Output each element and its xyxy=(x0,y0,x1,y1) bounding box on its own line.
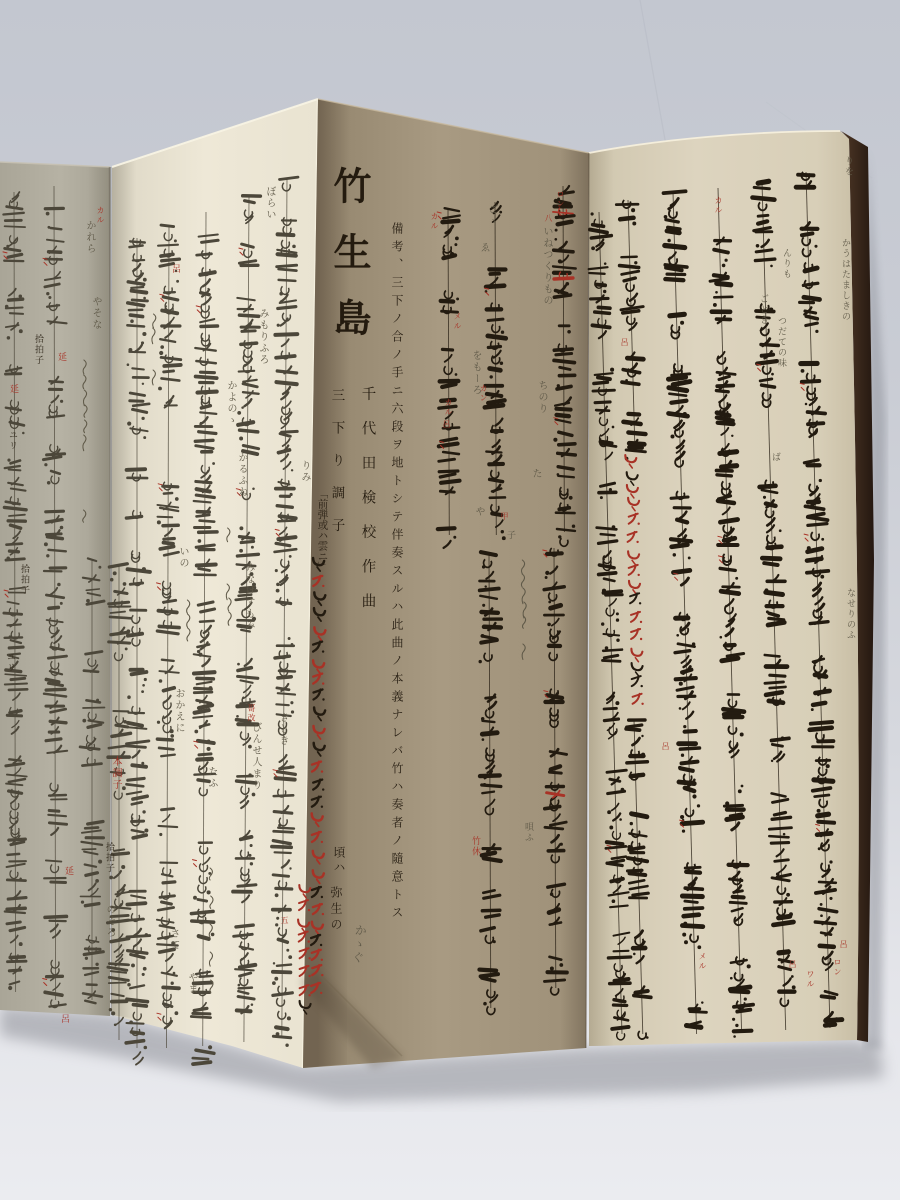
annotation-mark-2: 拾拍子 xyxy=(104,842,113,874)
annotation-red-mark-7: 延 xyxy=(63,866,72,877)
annotation-red-mark-14: ロン xyxy=(556,190,564,209)
annotation-lyric-35: ぼらい xyxy=(264,186,274,221)
annotation-lyric-37: りみ xyxy=(299,460,309,483)
annotation-lyric-56: りを xyxy=(843,156,852,177)
annotation-lyric-44: たふ xyxy=(206,766,216,789)
annotation-red-mark-11: 五 xyxy=(280,916,288,926)
tuning-indication: 三下り調子 xyxy=(329,388,343,551)
annotation-lyric-33: かれら xyxy=(84,220,94,255)
annotation-red-mark-28: ワル xyxy=(806,970,814,989)
annotation-mark-1: 拾拍子 xyxy=(19,564,28,596)
annotation-lyric-54: や xyxy=(473,506,483,518)
annotation-lyric-22: 子 xyxy=(505,530,514,541)
annotation-red-mark-8: カル xyxy=(96,206,104,225)
annotation-red-mark-16: カル xyxy=(430,212,438,231)
annotation-lyric-40: いの xyxy=(177,546,187,569)
annotation-lyric-38: かよのゝ xyxy=(225,380,235,426)
annotation-lyric-51: ゑ xyxy=(478,242,488,254)
annotation-lyric-61: ごとき xyxy=(758,294,767,326)
lyric-opening-word: 弥生の xyxy=(330,886,342,934)
annotation-red-mark-13: 哥改 xyxy=(247,704,255,723)
annotation-red-mark-19: カン xyxy=(479,384,487,403)
annotation-red-mark-26: カル xyxy=(714,196,722,215)
annotation-lyric-49: いねつくりもの xyxy=(541,226,551,307)
annotation-lyric-60: つだての味 xyxy=(776,316,785,369)
legible-text-layer: 竹生島 千代田検校作曲 三下り調子 備考、三下ノ合ノ手ニ六段ヲ地トシテ伴奏スルハ… xyxy=(0,0,900,1200)
annotation-red-mark-9: 呂 xyxy=(170,264,179,275)
prelude-section-header: 「前弾或ハ雲ニ」 xyxy=(317,488,328,572)
annotation-lyric-43: おかえに xyxy=(173,688,183,734)
composer-credit: 千代田検校作曲 xyxy=(360,386,375,628)
annotation-red-mark-29: ロン xyxy=(833,958,841,977)
annotation-red-mark-30: 呂 xyxy=(839,940,847,950)
annotation-lyric-39: かるふね xyxy=(236,452,246,498)
annotation-mark-4: ユリ xyxy=(5,652,14,673)
annotation-lyric-46: やま xyxy=(186,972,196,995)
annotation-lyric-52: ごゝ xyxy=(486,204,496,227)
annotation-red-mark-25: 呂 xyxy=(661,742,669,752)
annotation-lyric-24: 唄ふ xyxy=(523,822,532,843)
annotation-lyric-42: みなげすもみ xyxy=(243,562,253,631)
annotation-lyric-36: みもりふろ xyxy=(257,308,267,366)
annotation-red-mark-20: 呂 xyxy=(442,420,450,430)
annotation-red-mark-17: カル xyxy=(444,398,452,417)
annotation-red-mark-15: 八 xyxy=(544,214,552,224)
annotation-lyric-34: やそな xyxy=(90,296,100,331)
remark-note: 備考、三下ノ合ノ手ニ六段ヲ地トシテ伴奏スルハ此曲ノ本義ナレバ竹ハ奏者ノ隨意トス xyxy=(391,222,403,924)
annotation-lyric-45: さて xyxy=(168,928,178,951)
annotation-lyric-59: んりも xyxy=(781,248,790,280)
annotation-red-mark-32: 呂 xyxy=(620,338,628,348)
annotation-lyric-55: た xyxy=(530,468,540,480)
annotation-red-mark-23: 竹休 xyxy=(470,836,479,857)
annotation-red-mark-12: 本調子 xyxy=(110,756,120,791)
lyric-time-word: 頃ハ xyxy=(333,846,345,876)
annotation-red-mark-27: メル xyxy=(698,952,706,971)
annotation-lyric-50: ちのり xyxy=(536,380,546,415)
score-title: 竹生島 xyxy=(330,166,368,364)
annotation-red-mark-10: 呂 xyxy=(59,1014,68,1025)
annotation-red-mark-31: 呂 xyxy=(788,960,796,970)
annotation-mark-0: 拾拍子 xyxy=(33,334,42,366)
annotation-red-mark-5: 延 xyxy=(8,384,17,395)
annotation-red-mark-6: 延 xyxy=(56,352,65,363)
annotation-lyric-47: のそろ xyxy=(104,904,114,939)
annotation-lyric-48: きとき xyxy=(277,712,287,747)
annotation-lyric-63: かゝぐ xyxy=(351,923,367,965)
annotation-lyric-41: びんせ人まり xyxy=(250,722,260,791)
annotation-red-mark-21: 甲 xyxy=(500,512,508,522)
annotation-mark-3: ユリ xyxy=(7,430,16,451)
annotation-lyric-58: なせりのふ xyxy=(845,588,854,641)
annotation-red-mark-18: メル xyxy=(453,312,461,331)
photograph-of-folded-score: 竹生島 千代田検校作曲 三下り調子 備考、三下ノ合ノ手ニ六段ヲ地トシテ伴奏スルハ… xyxy=(0,0,900,1200)
annotation-lyric-62: ば xyxy=(770,452,779,463)
annotation-lyric-57: かうはたましきの xyxy=(840,238,849,322)
annotation-lyric-53: をもーろ xyxy=(470,350,480,396)
